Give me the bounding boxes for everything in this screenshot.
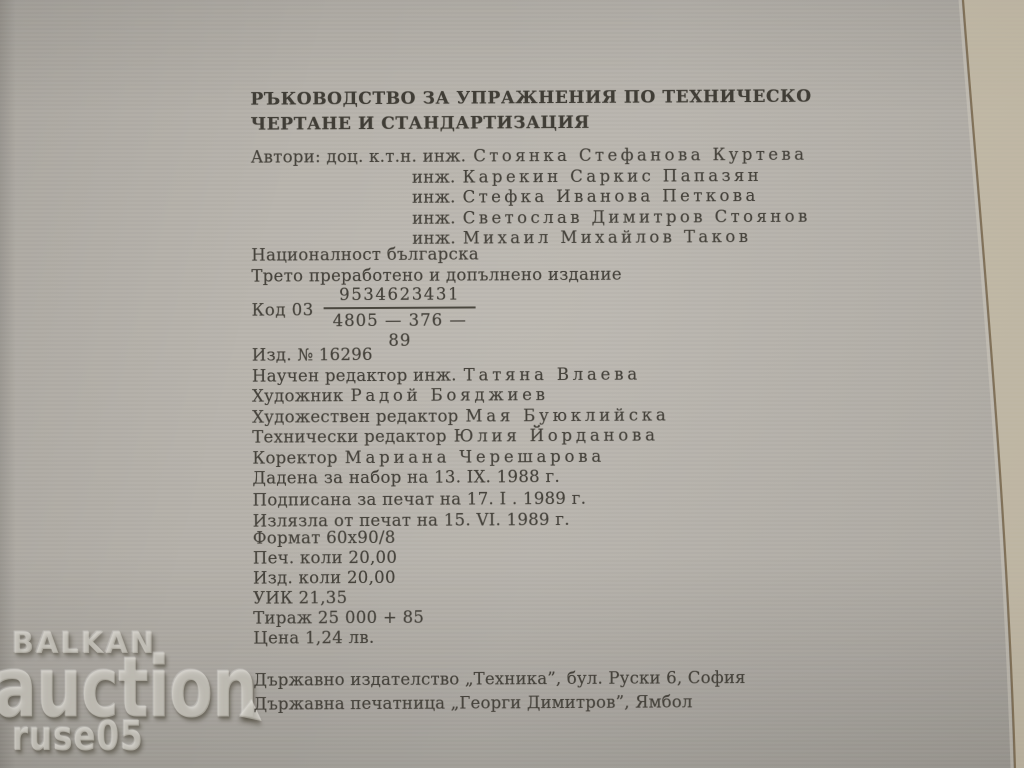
specs-block: Формат 60x90/8 Печ. коли 20,00 Изд. коли… — [253, 528, 425, 649]
book-title-line1: РЪКОВОДСТВО ЗА УПРАЖНЕНИЯ ПО ТЕХНИЧЕСКО — [250, 85, 811, 113]
authors-block: Автори: доц. к.т.н. инж. Стоянка Стефано… — [251, 145, 811, 251]
author-name: Светослав Димитров Стоянов — [463, 206, 811, 228]
watermark-auction-text: auction — [0, 640, 257, 737]
author-name: Карекин Саркис Папазян — [462, 166, 762, 188]
page-edge-highlight — [960, 0, 1012, 768]
spec-line: Печ. коли 20,00 — [253, 548, 424, 569]
author-row: инж. Карекин Саркис Папазян — [412, 165, 811, 188]
book-title: РЪКОВОДСТВО ЗА УПРАЖНЕНИЯ ПО ТЕХНИЧЕСКО … — [250, 85, 811, 138]
imprint-label: Научен редактор инж. — [252, 365, 457, 387]
page-edge-line — [963, 0, 1015, 768]
book-title-line2: ЧЕРТАНЕ И СТАНДАРТИЗАЦИЯ — [251, 110, 812, 138]
publisher-line: Държавна печатница „Георги Димитров”, Ям… — [254, 690, 746, 717]
watermark-ruse05-text: ruse05 — [12, 712, 144, 760]
date-line: Подписана за печат на 17. I . 1989 г. — [253, 487, 587, 510]
spec-line: Тираж 25 000 + 85 — [253, 608, 424, 629]
imprint-name: Радой Бояджиев — [350, 385, 548, 407]
imprint-row: Технически редактор Юлия Йорданова — [252, 426, 669, 449]
author-row: инж. Светослав Димитров Стоянов — [412, 206, 811, 229]
nationality-line: Националност българска — [251, 243, 622, 266]
code-fraction: 9534623431 4805 — 376 — 89 — [324, 284, 476, 351]
spec-line: Изд. коли 20,00 — [253, 568, 424, 589]
code-label: Код 03 — [252, 300, 314, 319]
imprint-label: Художник — [252, 386, 344, 407]
dates-block: Дадена за набор на 13. IX. 1988 г. Подпи… — [252, 466, 586, 533]
imprint-row: Художник Радой Бояджиев — [252, 385, 669, 408]
spec-line: УИК 21,35 — [253, 588, 424, 609]
imprint-name: Мая Буюклийска — [466, 405, 670, 427]
author-prefix: Автори: доц. к.т.н. инж. — [251, 146, 467, 168]
date-line: Дадена за набор на 13. IX. 1988 г. — [252, 466, 586, 489]
watermark-balkan-text: BALKAN — [12, 626, 156, 660]
author-prefix: инж. — [412, 208, 456, 229]
spec-line: Цена 1,24 лв. — [253, 628, 424, 649]
spec-line: Формат 60x90/8 — [253, 528, 424, 549]
imprint-label: Изд. № 16296 — [252, 345, 373, 366]
imprint-name: Юлия Йорданова — [454, 426, 659, 448]
author-name: Стоянка Стефанова Куртева — [473, 145, 807, 167]
imprint-row: Художествен редактор Мая Буюклийска — [252, 405, 669, 428]
imprint-row: Научен редактор инж. Татяна Влаева — [252, 364, 669, 387]
author-prefix: инж. — [412, 167, 456, 188]
publisher-block: Държавно издателство „Техника”, бул. Рус… — [253, 666, 745, 717]
author-row: Автори: доц. к.т.н. инж. Стоянка Стефано… — [251, 145, 811, 169]
code-numerator: 9534623431 — [324, 284, 476, 309]
imprint-label: Коректор — [252, 448, 337, 469]
colophon-text-column: РЪКОВОДСТВО ЗА УПРАЖНЕНИЯ ПО ТЕХНИЧЕСКО … — [250, 0, 874, 768]
author-prefix: инж. — [412, 188, 456, 209]
publisher-line: Държавно издателство „Техника”, бул. Рус… — [253, 666, 745, 693]
imprint-label: Технически редактор — [252, 427, 447, 449]
author-row: инж. Стефка Иванова Петкова — [412, 186, 811, 209]
imprint-row: Изд. № 16296 — [252, 343, 669, 366]
under-page-strip — [963, 0, 1024, 768]
imprint-block: Изд. № 16296 Научен редактор инж. Татяна… — [252, 343, 670, 469]
book-page-photo: BALKAN auction ruse05 ▶ РЪКОВОДСТВО ЗА У… — [0, 0, 1024, 768]
code-block: Код 03 9534623431 4805 — 376 — 89 — [251, 284, 475, 351]
imprint-label: Художествен редактор — [252, 406, 459, 428]
nationality-edition-block: Националност българска Трето преработено… — [251, 243, 622, 288]
author-name: Стефка Иванова Петкова — [463, 186, 759, 208]
imprint-name: Татяна Влаева — [464, 364, 641, 386]
